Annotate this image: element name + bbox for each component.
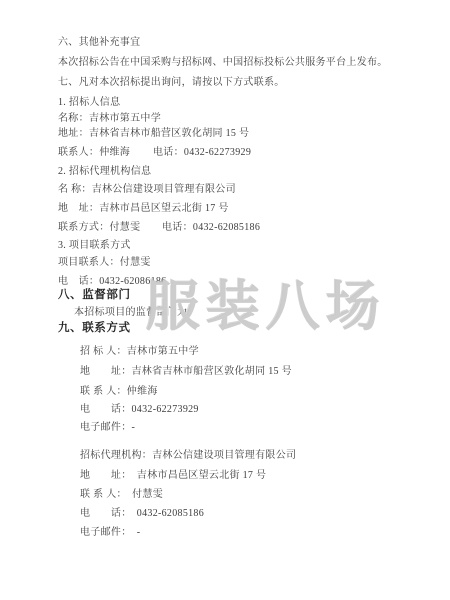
line-sec9-heading: 九、联系方式 <box>58 322 131 335</box>
line-c9-tenderer-name: 招 标 人：吉林市第五中学 <box>80 345 199 358</box>
line-sec7-heading: 七、凡对本次招标提出询问，请按以下方式联系。 <box>58 76 285 89</box>
line-tenderer-name: 名称：吉林市第五中学 <box>58 112 161 125</box>
line-c9-agency-email: 电子邮件： - <box>80 526 140 539</box>
line-project-contact-phone: 电 话：0432-62086186 <box>58 275 166 288</box>
line-agency-info-title: 2. 招标代理机构信息 <box>58 165 151 178</box>
document-content: 六、其他补充事宜本次招标公告在中国采购与招标网、中国招标投标公共服务平台上发布。… <box>0 0 450 600</box>
line-c9-agency-name: 招标代理机构：吉林公信建设项目管理有限公司 <box>80 449 296 462</box>
line-agency-contact: 联系方式：付慧雯电话：0432-62085186 <box>58 221 140 234</box>
line-agency-name: 名 称：吉林公信建设项目管理有限公司 <box>58 183 236 196</box>
line-sec8-heading: 八、监督部门 <box>58 289 131 302</box>
line-project-contact-person: 项目联系人：付慧雯 <box>58 256 151 269</box>
line-tenderer-info-title: 1. 招标人信息 <box>58 96 120 109</box>
line-c9-tenderer-address: 地 址：吉林省吉林市船营区敦化胡同 15 号 <box>80 365 292 378</box>
document-page: 六、其他补充事宜本次招标公告在中国采购与招标网、中国招标投标公共服务平台上发布。… <box>0 0 450 600</box>
line-supervision-dept: 本招标项目的监督部门为: <box>74 306 190 319</box>
line-tenderer-contact-phone: 电话：0432-62273929 <box>153 146 251 159</box>
line-project-contact-title: 3. 项目联系方式 <box>58 239 131 252</box>
line-c9-agency-phone: 电 话： 0432-62085186 <box>80 507 204 520</box>
line-agency-contact-phone: 电话：0432-62085186 <box>162 221 260 234</box>
line-agency-address: 地 址：吉林市昌邑区望云北街 17 号 <box>58 202 229 215</box>
line-tenderer-contact: 联系人：仲维海电话：0432-62273929 <box>58 146 130 159</box>
line-c9-agency-address: 地 址： 吉林市昌邑区望云北街 17 号 <box>80 469 266 482</box>
line-c9-agency-contact: 联 系 人： 付慧雯 <box>80 488 163 501</box>
line-tenderer-address: 地址：吉林省吉林市船营区敦化胡同 15 号 <box>58 127 249 140</box>
line-c9-tenderer-phone: 电 话：0432-62273929 <box>80 403 199 416</box>
line-publish-note: 本次招标公告在中国采购与招标网、中国招标投标公共服务平台上发布。 <box>58 56 388 69</box>
line-sec6-heading: 六、其他补充事宜 <box>58 36 140 49</box>
line-c9-tenderer-contact: 联 系 人：仲维海 <box>80 385 158 398</box>
line-c9-tenderer-email: 电子邮件：- <box>80 421 135 434</box>
